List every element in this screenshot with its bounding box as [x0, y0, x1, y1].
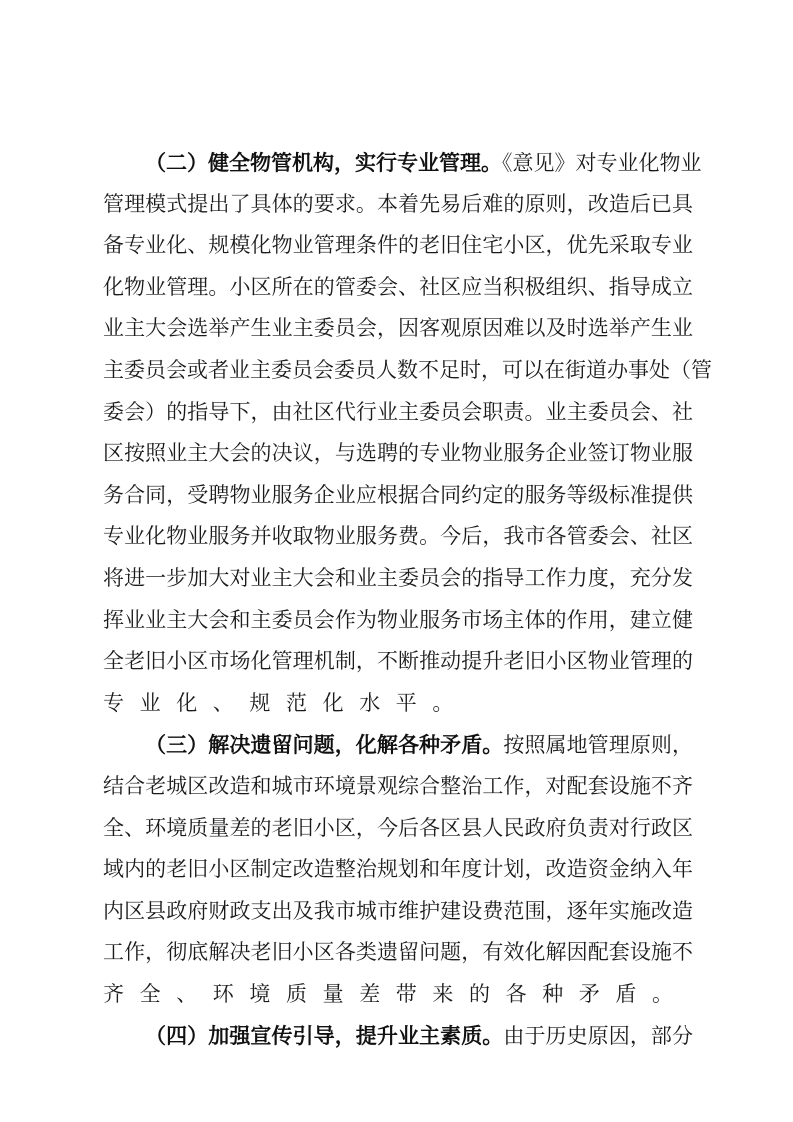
paragraph-line: 挥业业主大会和主委员会作为物业服务市场主体的作用，建立健 — [103, 600, 693, 642]
paragraph-line: 结合老城区改造和城市环境景观综合整治工作，对配套设施不齐 — [103, 766, 693, 808]
section-heading: （三）解决遗留问题，化解各种矛盾。 — [145, 732, 503, 757]
paragraph-line: 专业化、规范化水平。 — [103, 683, 693, 725]
paragraph-line: 工作，彻底解决老旧小区各类遗留问题，有效化解因配套设施不 — [103, 932, 693, 974]
document-page: （二）健全物管机构，实行专业管理。《意见》对专业化物业 管理模式提出了具体的要求… — [103, 142, 693, 1057]
paragraph-line: 专业化物业服务并收取物业服务费。今后，我市各管委会、社区 — [103, 516, 693, 558]
paragraph-line: 内区县政府财政支出及我市城市维护建设费范围，逐年实施改造 — [103, 891, 693, 933]
paragraph-line: 齐全、环境质量差带来的各种矛盾。 — [103, 974, 693, 1016]
paragraph-line: 务合同，受聘物业服务企业应根据合同约定的服务等级标准提供 — [103, 475, 693, 517]
paragraph-line: 全老旧小区市场化管理机制，不断推动提升老旧小区物业管理的 — [103, 641, 693, 683]
paragraph-line: 化物业管理。小区所在的管委会、社区应当积极组织、指导成立 — [103, 267, 693, 309]
paragraph-line: 委会）的指导下，由社区代行业主委员会职责。业主委员会、社 — [103, 392, 693, 434]
paragraph-line: （四）加强宣传引导，提升业主素质。由于历史原因，部分 — [103, 1015, 693, 1057]
paragraph-line: 区按照业主大会的决议，与选聘的专业物业服务企业签订物业服 — [103, 433, 693, 475]
body-text: 由于历史原因，部分 — [503, 1024, 693, 1048]
paragraph-line: 域内的老旧小区制定改造整治规划和年度计划，改造资金纳入年 — [103, 849, 693, 891]
paragraph-line: 业主大会选举产生业主委员会，因客观原因难以及时选举产生业 — [103, 308, 693, 350]
paragraph-line: 将进一步加大对业主大会和业主委员会的指导工作力度，充分发 — [103, 558, 693, 600]
paragraph-section-3: （三）解决遗留问题，化解各种矛盾。按照属地管理原则， 结合老城区改造和城市环境景… — [103, 724, 693, 1015]
paragraph-line: 主委员会或者业主委员会委员人数不足时，可以在街道办事处（管 — [103, 350, 693, 392]
paragraph-line: 备专业化、规模化物业管理条件的老旧住宅小区，优先采取专业 — [103, 225, 693, 267]
paragraph-line: （三）解决遗留问题，化解各种矛盾。按照属地管理原则， — [103, 724, 693, 766]
body-text: 《意见》对专业化物业 — [502, 151, 702, 175]
paragraph-section-4: （四）加强宣传引导，提升业主素质。由于历史原因，部分 — [103, 1015, 693, 1057]
section-heading: （二）健全物管机构，实行专业管理。 — [145, 150, 502, 175]
paragraph-line: （二）健全物管机构，实行专业管理。《意见》对专业化物业 — [103, 142, 693, 184]
paragraph-line: 管理模式提出了具体的要求。本着先易后难的原则，改造后已具 — [103, 184, 693, 226]
paragraph-section-2: （二）健全物管机构，实行专业管理。《意见》对专业化物业 管理模式提出了具体的要求… — [103, 142, 693, 724]
paragraph-line: 全、环境质量差的老旧小区，今后各区县人民政府负责对行政区 — [103, 808, 693, 850]
body-text: 按照属地管理原则， — [503, 733, 693, 757]
section-heading: （四）加强宣传引导，提升业主素质。 — [145, 1023, 503, 1048]
